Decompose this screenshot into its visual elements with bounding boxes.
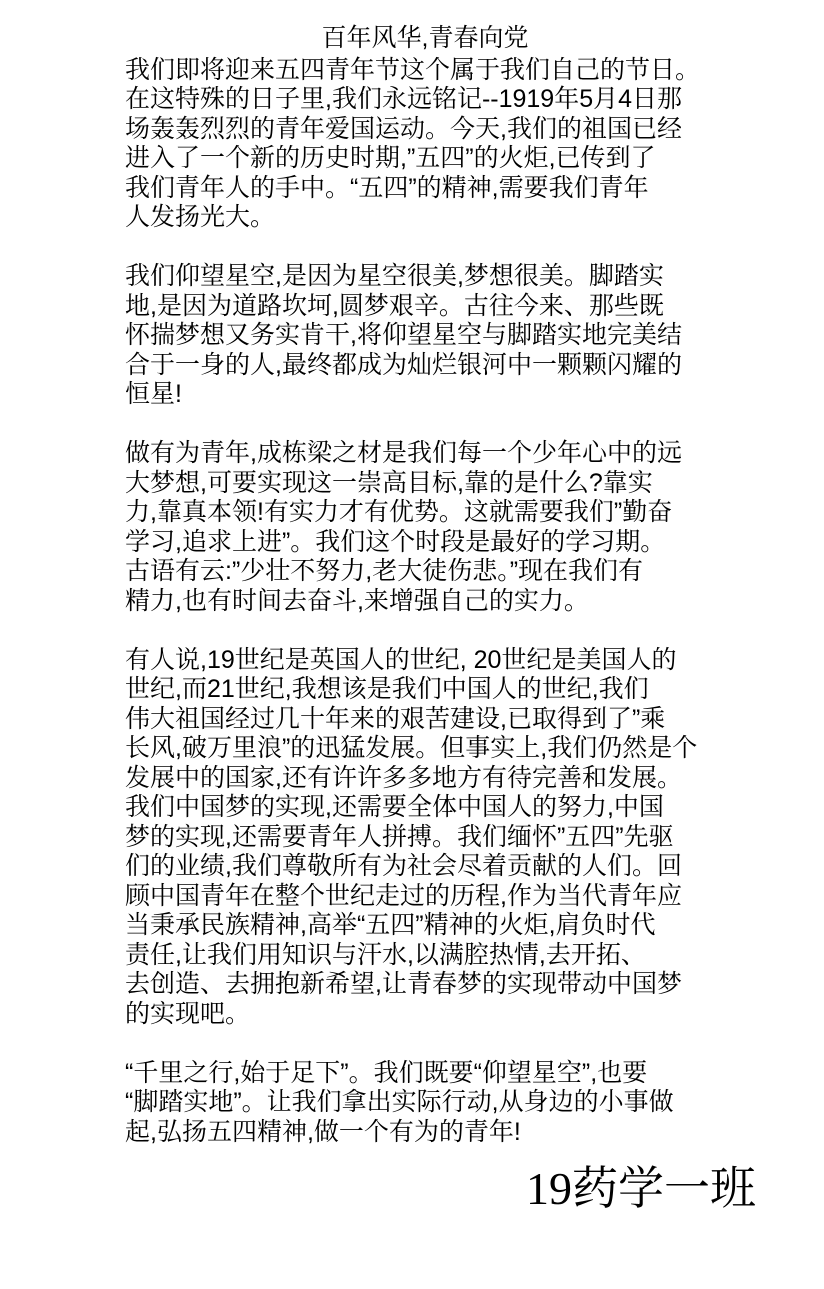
essay-line: 梦的实现,还需要青年人拼搏。我们缅怀”五四”先驱 bbox=[125, 823, 725, 853]
essay-line: 们的业绩,我们尊敬所有为社会尽着贡献的人们。回 bbox=[125, 852, 725, 882]
essay-line: 做有为青年,成栋梁之材是我们每一个少年心中的远 bbox=[125, 439, 725, 469]
essay-line: 世纪,而21世纪,我想该是我们中国人的世纪,我们 bbox=[125, 675, 725, 705]
essay-line: 责任,让我们用知识与汗水,以满腔热情,去开拓、 bbox=[125, 941, 725, 971]
document-page: 百年风华,青春向党 我们即将迎来五四青年节这个属于我们自己的节日。在这特殊的日子… bbox=[0, 0, 824, 1289]
essay-line: “千里之行,始于足下”。我们既要“仰望星空”,也要 bbox=[125, 1059, 725, 1089]
essay-line: 在这特殊的日子里,我们永远铭记--1919年5月4日那 bbox=[125, 85, 725, 115]
essay-paragraphs: 我们即将迎来五四青年节这个属于我们自己的节日。在这特殊的日子里,我们永远铭记--… bbox=[125, 56, 725, 1148]
essay-line: 我们即将迎来五四青年节这个属于我们自己的节日。 bbox=[125, 56, 725, 86]
essay-body: 百年风华,青春向党 我们即将迎来五四青年节这个属于我们自己的节日。在这特殊的日子… bbox=[125, 24, 725, 1147]
essay-line: 力,靠真本领!有实力才有优势。这就需要我们”勤奋 bbox=[125, 498, 725, 528]
essay-line: 起,弘扬五四精神,做一个有为的青年! bbox=[125, 1118, 725, 1148]
essay-line: 恒星! bbox=[125, 380, 725, 410]
paragraph: 我们仰望星空,是因为星空很美,梦想很美。脚踏实地,是因为道路坎坷,圆梦艰辛。古往… bbox=[125, 262, 725, 410]
essay-line: 古语有云:”少壮不努力,老大徒伤悲。”现在我们有 bbox=[125, 557, 725, 587]
essay-line: 发展中的国家,还有许许多多地方有待完善和发展。 bbox=[125, 764, 725, 794]
paragraph: 我们即将迎来五四青年节这个属于我们自己的节日。在这特殊的日子里,我们永远铭记--… bbox=[125, 56, 725, 233]
essay-line: 去创造、去拥抱新希望,让青春梦的实现带动中国梦 bbox=[125, 970, 725, 1000]
essay-line: 的实现吧。 bbox=[125, 1000, 725, 1030]
essay-line: 怀揣梦想又务实肯干,将仰望星空与脚踏实地完美结 bbox=[125, 321, 725, 351]
essay-line: 伟大祖国经过几十年来的艰苦建设,已取得到了”乘 bbox=[125, 705, 725, 735]
essay-line: 我们青年人的手中。“五四”的精神,需要我们青年 bbox=[125, 174, 725, 204]
signature-class-name: 19药学一班 bbox=[526, 1160, 756, 1218]
essay-line: 场轰轰烈烈的青年爱国运动。今天,我们的祖国已经 bbox=[125, 115, 725, 145]
essay-line: 我们中国梦的实现,还需要全体中国人的努力,中国 bbox=[125, 793, 725, 823]
essay-line: 地,是因为道路坎坷,圆梦艰辛。古往今来、那些既 bbox=[125, 292, 725, 322]
paragraph: 有人说,19世纪是英国人的世纪, 20世纪是美国人的世纪,而21世纪,我想该是我… bbox=[125, 646, 725, 1030]
essay-line: 进入了一个新的历史时期,”五四”的火炬,已传到了 bbox=[125, 144, 725, 174]
essay-line: 精力,也有时间去奋斗,来增强自己的实力。 bbox=[125, 587, 725, 617]
essay-line: 大梦想,可要实现这一崇高目标,靠的是什么?靠实 bbox=[125, 469, 725, 499]
essay-line: 有人说,19世纪是英国人的世纪, 20世纪是美国人的 bbox=[125, 646, 725, 676]
essay-line: 人发扬光大。 bbox=[125, 203, 725, 233]
essay-line: “脚踏实地”。让我们拿出实际行动,从身边的小事做 bbox=[125, 1088, 725, 1118]
essay-line: 学习,追求上进”。我们这个时段是最好的学习期。 bbox=[125, 528, 725, 558]
essay-line: 我们仰望星空,是因为星空很美,梦想很美。脚踏实 bbox=[125, 262, 725, 292]
essay-title: 百年风华,青春向党 bbox=[125, 24, 725, 54]
paragraph: 做有为青年,成栋梁之材是我们每一个少年心中的远大梦想,可要实现这一崇高目标,靠的… bbox=[125, 439, 725, 616]
paragraph: “千里之行,始于足下”。我们既要“仰望星空”,也要“脚踏实地”。让我们拿出实际行… bbox=[125, 1059, 725, 1148]
essay-line: 当秉承民族精神,高举“五四”精神的火炬,肩负时代 bbox=[125, 911, 725, 941]
essay-line: 长风,破万里浪”的迅猛发展。但事实上,我们仍然是个 bbox=[125, 734, 725, 764]
essay-line: 合于一身的人,最终都成为灿烂银河中一颗颗闪耀的 bbox=[125, 351, 725, 381]
essay-line: 顾中国青年在整个世纪走过的历程,作为当代青年应 bbox=[125, 882, 725, 912]
